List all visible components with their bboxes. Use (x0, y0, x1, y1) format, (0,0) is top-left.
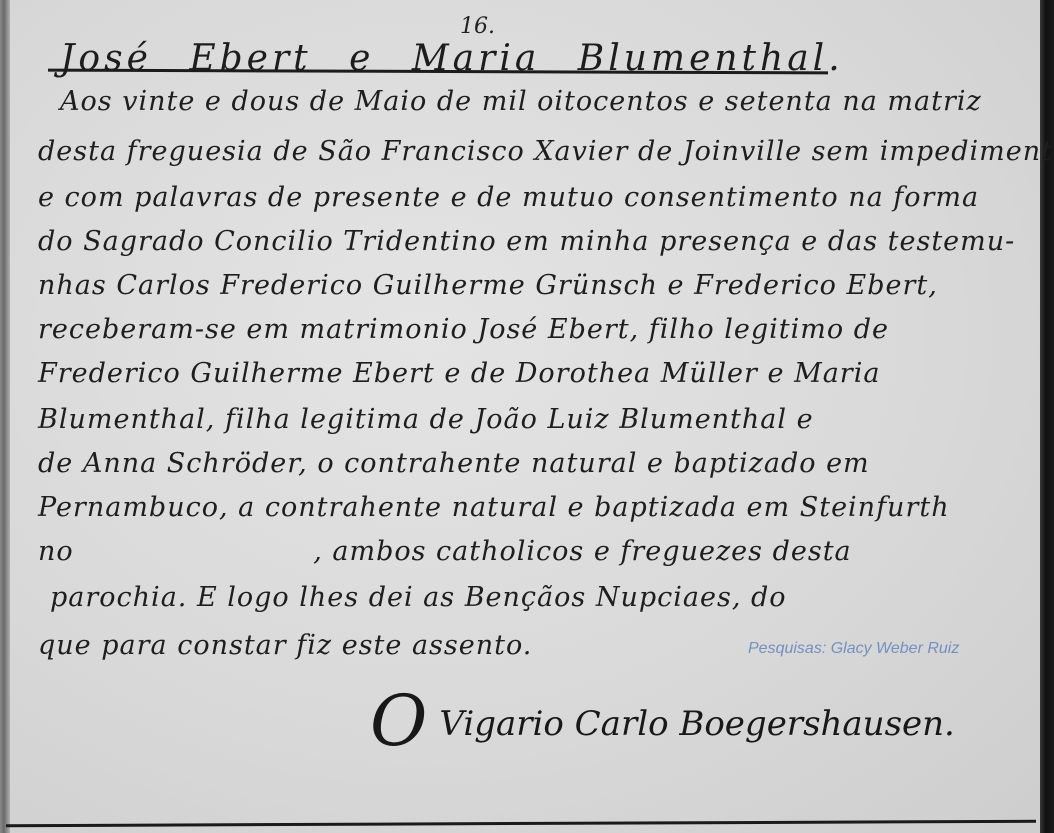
register-page: 16. José Ebert e Maria Blumenthal. Aos v… (0, 0, 1054, 833)
text-line-3: e com palavras de presente e de mutuo co… (38, 182, 979, 213)
text-line-2: desta freguesia de São Francisco Xavier … (38, 136, 1054, 167)
text-line-13: que para constar fiz este assento. (38, 630, 532, 661)
text-line-8: Blumenthal, filha legitima de João Luiz … (38, 404, 814, 435)
text-line-5: nhas Carlos Frederico Guilherme Grünsch … (38, 270, 938, 301)
bottom-rule (6, 820, 1036, 827)
signature-initial: O (370, 680, 427, 762)
text-line-1: Aos vinte e dous de Maio de mil oitocent… (60, 86, 982, 117)
signature-text: Vigario Carlo Boegershausen. (439, 704, 954, 744)
entry-number: 16. (460, 14, 495, 39)
vicar-signature: OVigario Carlo Boegershausen. (370, 680, 955, 762)
text-line-12: parochia. E logo lhes dei as Bençãos Nup… (50, 582, 787, 613)
left-page-edge (0, 0, 10, 833)
text-line-10: Pernambuco, a contrahente natural e bapt… (38, 492, 950, 523)
text-line-7: Frederico Guilherme Ebert e de Dorothea … (38, 358, 880, 389)
text-line-11: no , ambos catholicos e freguezes desta (38, 536, 852, 567)
text-line-4: do Sagrado Concilio Tridentino em minha … (38, 226, 1015, 257)
right-binding-edge (1040, 0, 1054, 833)
text-line-6: receberam-se em matrimonio José Ebert, f… (38, 314, 889, 345)
researcher-watermark: Pesquisas: Glacy Weber Ruiz (748, 640, 959, 658)
text-line-9: de Anna Schröder, o contrahente natural … (38, 448, 870, 479)
